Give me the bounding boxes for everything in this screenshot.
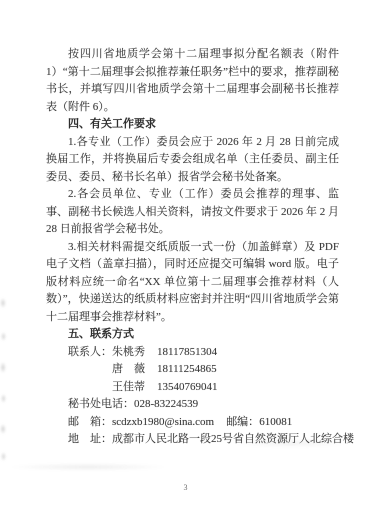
- section5-heading: 五、联系方式: [46, 326, 339, 344]
- contact-phone-3: 13540769041: [157, 379, 218, 397]
- address-value: 成都市人民北路一段25号省自然资源厅人北综合楼: [112, 433, 354, 445]
- section4-item-2: 2.各会员单位、专业（工作）委员会推荐的理事、监事、副秘书长候选人相关资料，请按…: [46, 186, 339, 239]
- page-number: 3: [0, 483, 371, 492]
- contact-row-1: 联系人：朱桃秀18117851304: [46, 344, 339, 362]
- contact-name-1: 朱桃秀: [112, 344, 157, 362]
- email-label: 邮 箱：: [68, 416, 112, 428]
- secretariat-phone-label: 秘书处电话：: [68, 398, 134, 410]
- intro-paragraph: 按四川省地质学会第十二届理事拟分配名额表（附件 1）“第十二届理事会拟推荐兼任职…: [46, 46, 339, 116]
- contact-row-2: 唐 薇18111254865: [46, 361, 339, 379]
- address-row: 地 址：成都市人民北路一段25号省自然资源厅人北综合楼: [46, 431, 339, 449]
- document-body: 按四川省地质学会第十二届理事拟分配名额表（附件 1）“第十二届理事会拟推荐兼任职…: [46, 46, 339, 449]
- postcode-value: 610081: [259, 416, 292, 428]
- scan-artifact: [1, 394, 6, 403]
- secretariat-phone-value: 028-83224539: [134, 398, 198, 410]
- postcode-label: 邮编：: [226, 416, 259, 428]
- section4-heading: 四、有关工作要求: [46, 116, 339, 134]
- contacts-label: 联系人：: [68, 344, 112, 362]
- scan-artifact: [0, 298, 6, 308]
- scan-artifact: [8, 463, 168, 471]
- section4-item-1: 1.各专业（工作）委员会应于 2026 年 2 月 28 日前完成换届工作，并将…: [46, 134, 339, 187]
- contact-row-3: 王佳蒂13540769041: [46, 379, 339, 397]
- contact-phone-2: 18111254865: [157, 361, 217, 379]
- email-row: 邮 箱：scdzxb1980@sina.com邮编：610081: [46, 414, 339, 432]
- scan-artifact: [1, 332, 6, 341]
- scan-artifact: [0, 362, 6, 373]
- section4-item-3: 3.相关材料需提交纸质版一式一份（加盖鲜章）及 PDF 电子文档（盖章扫描），同…: [46, 239, 339, 327]
- scan-artifact: [1, 452, 6, 461]
- secretariat-phone-row: 秘书处电话：028-83224539: [46, 396, 339, 414]
- document-page: 按四川省地质学会第十二届理事拟分配名额表（附件 1）“第十二届理事会拟推荐兼任职…: [0, 0, 371, 525]
- address-label: 地 址：: [68, 433, 112, 445]
- contact-name-2: 唐 薇: [112, 361, 157, 379]
- contact-name-3: 王佳蒂: [112, 379, 157, 397]
- scan-artifact: [0, 424, 6, 434]
- email-value: scdzxb1980@sina.com: [112, 416, 214, 428]
- contact-phone-1: 18117851304: [157, 344, 217, 362]
